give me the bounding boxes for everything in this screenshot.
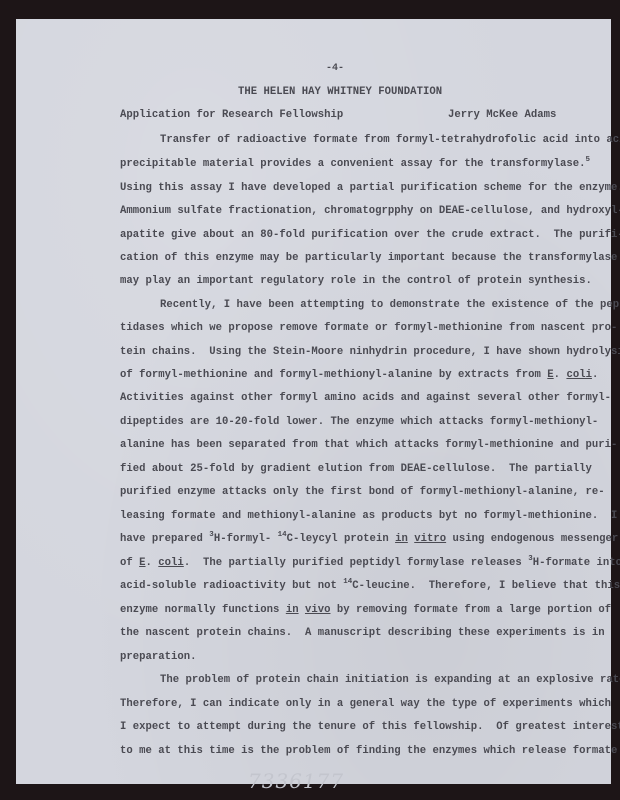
form-title: Application for Research Fellowship bbox=[120, 109, 343, 121]
body-text: . bbox=[592, 369, 598, 381]
body-line: I expect to attempt during the tenure of… bbox=[120, 721, 620, 733]
body-line: acid-soluble radioactivity but not 14C-l… bbox=[120, 580, 620, 592]
body-text: C-leycyl protein bbox=[287, 533, 395, 545]
isotope-superscript: 14 bbox=[343, 578, 352, 586]
body-line: tein chains. Using the Stein-Moore ninhy… bbox=[120, 346, 620, 358]
body-text: of formyl-methionine and formyl-methiony… bbox=[120, 369, 547, 381]
underlined-text: coli bbox=[566, 369, 592, 381]
body-line: cation of this enzyme may be particularl… bbox=[120, 252, 617, 264]
underlined-text: in bbox=[395, 533, 408, 545]
body-line: The problem of protein chain initiation … bbox=[160, 674, 620, 686]
body-line: enzyme normally functions in vivo by rem… bbox=[120, 604, 611, 616]
underlined-text: vivo bbox=[305, 604, 331, 616]
body-line: Activities against other formyl amino ac… bbox=[120, 392, 611, 404]
body-text: using endogenous messenger bbox=[446, 533, 618, 545]
body-line: may play an important regulatory role in… bbox=[120, 275, 592, 287]
body-line: dipeptides are 10-20-fold lower. The enz… bbox=[120, 416, 598, 428]
body-line: the nascent protein chains. A manuscript… bbox=[120, 627, 605, 639]
body-text: . bbox=[146, 557, 159, 569]
body-line: precipitable material provides a conveni… bbox=[120, 158, 590, 170]
footnote-ref: 5 bbox=[586, 156, 591, 164]
body-line: leasing formate and methionyl-alanine as… bbox=[120, 510, 617, 522]
body-line: of E. coli. The partially purified pepti… bbox=[120, 557, 620, 569]
body-line: Transfer of radioactive formate from for… bbox=[160, 134, 620, 146]
isotope-superscript: 14 bbox=[278, 531, 287, 539]
body-text: C-leucine. Therefore, I believe that thi… bbox=[352, 580, 620, 592]
document-page: -4- THE HELEN HAY WHITNEY FOUNDATION App… bbox=[16, 19, 611, 784]
underlined-text: in bbox=[286, 604, 299, 616]
body-text: precipitable material provides a conveni… bbox=[120, 158, 586, 170]
body-line: to me at this time is the problem of fin… bbox=[120, 745, 617, 757]
body-text: by removing formate from a large portion… bbox=[330, 604, 611, 616]
body-text: H-formyl- bbox=[214, 533, 278, 545]
body-line: Recently, I have been attempting to demo… bbox=[160, 299, 620, 311]
page-number: -4- bbox=[326, 63, 344, 74]
body-text: H-formate into bbox=[533, 557, 620, 569]
underlined-text: vitro bbox=[414, 533, 446, 545]
body-line: preparation. bbox=[120, 651, 197, 663]
body-line: alanine has been separated from that whi… bbox=[120, 439, 617, 451]
body-text: acid-soluble radioactivity but not bbox=[120, 580, 343, 592]
body-line: apatite give about an 80-fold purificati… bbox=[120, 229, 620, 241]
body-line: fied about 25-fold by gradient elution f… bbox=[120, 463, 592, 475]
body-text: . bbox=[554, 369, 567, 381]
body-line: purified enzyme attacks only the first b… bbox=[120, 486, 605, 498]
body-text: . The partially purified peptidyl formyl… bbox=[184, 557, 528, 569]
body-line: Ammonium sulfate fractionation, chromato… bbox=[120, 205, 620, 217]
bleed-through-mark: 7336177 bbox=[248, 769, 344, 793]
body-text: enzyme normally functions bbox=[120, 604, 286, 616]
body-line: tidases which we propose remove formate … bbox=[120, 322, 617, 334]
body-line: have prepared 3H-formyl- 14C-leycyl prot… bbox=[120, 533, 618, 545]
applicant-name: Jerry McKee Adams bbox=[448, 109, 556, 121]
underlined-text: coli bbox=[158, 557, 184, 569]
body-text: have prepared bbox=[120, 533, 209, 545]
body-line: Using this assay I have developed a part… bbox=[120, 182, 620, 194]
body-line: Therefore, I can indicate only in a gene… bbox=[120, 698, 611, 710]
body-text: of bbox=[120, 557, 139, 569]
body-line: of formyl-methionine and formyl-methiony… bbox=[120, 369, 598, 381]
organization-heading: THE HELEN HAY WHITNEY FOUNDATION bbox=[238, 86, 442, 98]
